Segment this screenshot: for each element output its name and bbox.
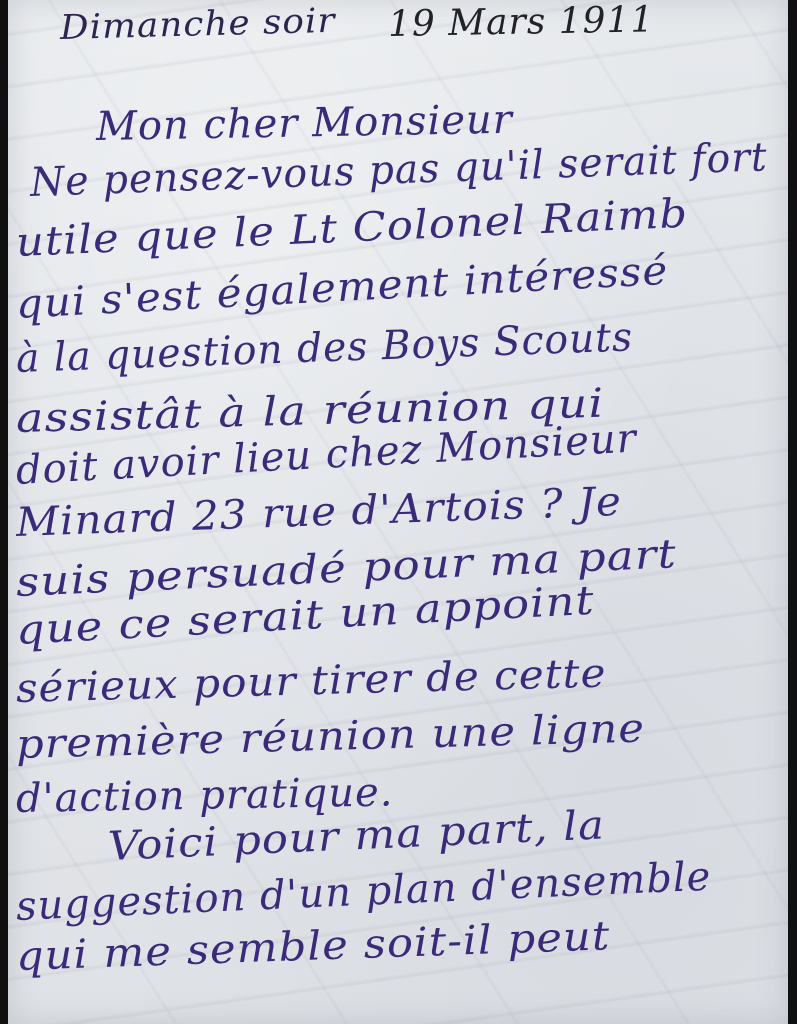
letter-line: première réunion une ligne xyxy=(15,706,645,768)
letter-line: sérieux pour tirer de cette xyxy=(15,651,607,712)
letter-line: à la question des Boys Scouts xyxy=(15,314,634,382)
letter-paper: Dimanche soir 19 Mars 1911 Mon cher Mons… xyxy=(8,0,788,1024)
scanned-page: Dimanche soir 19 Mars 1911 Mon cher Mons… xyxy=(0,0,797,1024)
letter-header-date: 19 Mars 1911 xyxy=(388,0,655,45)
letter-header-day: Dimanche soir xyxy=(59,1,336,48)
letter-salutation: Mon cher Monsieur xyxy=(96,97,514,150)
